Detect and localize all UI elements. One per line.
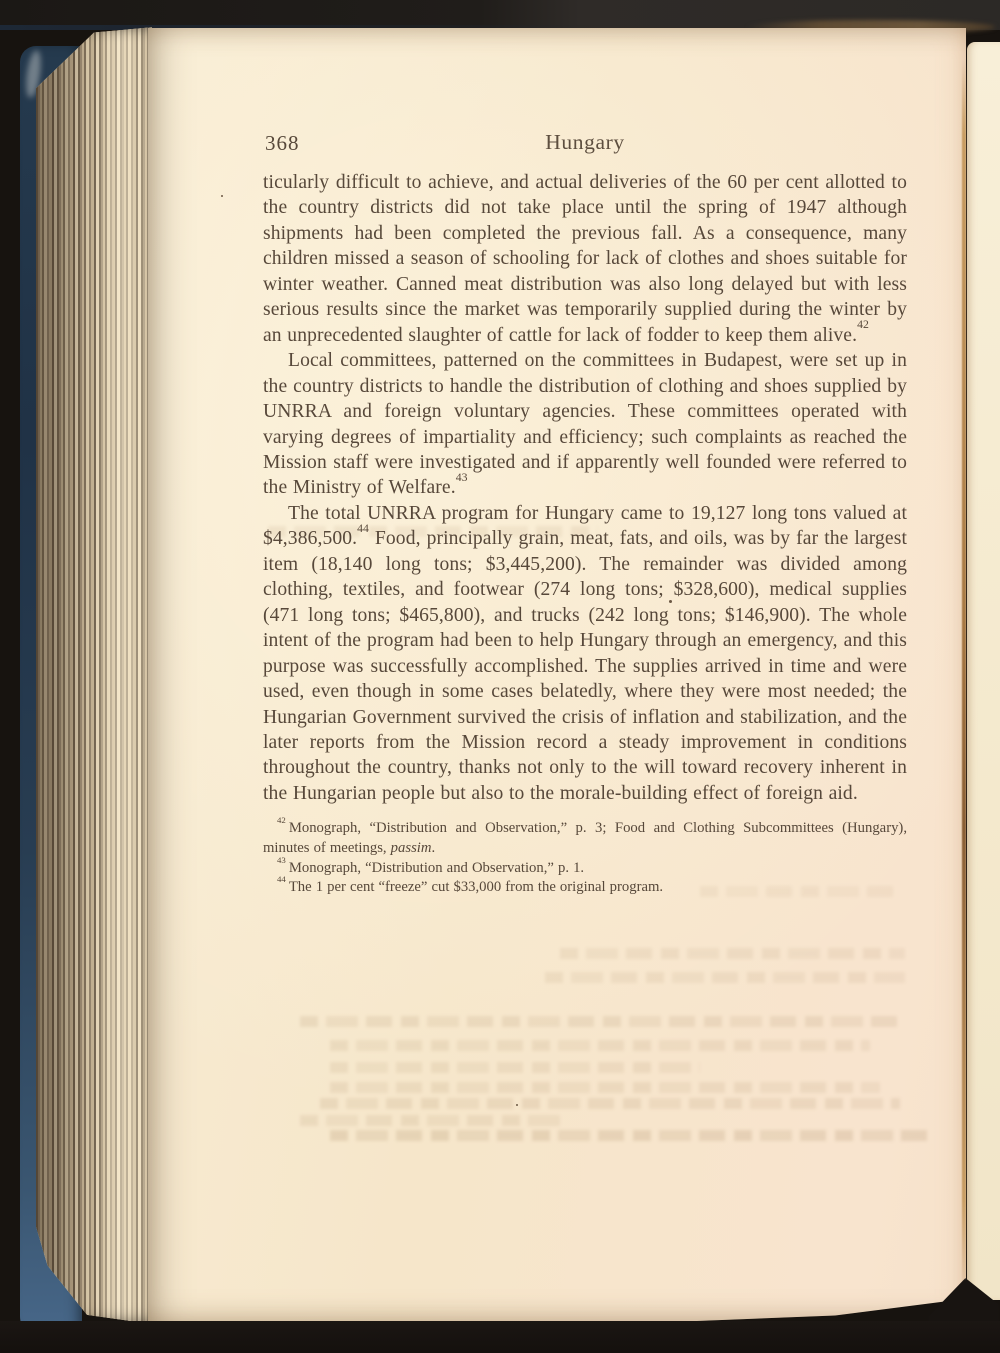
text-run: ticularly difficult to achieve, and actu… [263,172,907,346]
bleed-through-ghost [330,1062,700,1073]
footnote-italic-term: passim [391,840,432,856]
text-run: Monograph, “Distribution and Observation… [289,860,584,876]
paragraph: Local committees, patterned on the commi… [263,348,907,501]
facing-page-sliver [967,42,1000,1300]
bleed-through-ghost [330,1082,880,1093]
footnote-marker: 44 [277,874,286,884]
body-text: ticularly difficult to achieve, and actu… [263,170,907,806]
text-run: The 1 per cent “freeze” cut $33,000 from… [289,879,663,895]
running-header: Hungary [263,128,907,155]
bleed-through-ghost [300,1115,560,1126]
bleed-through-ghost [330,1040,870,1051]
paragraph: The total UNRRA program for Hungary came… [263,501,907,806]
text-run: . [431,840,435,856]
footnote-reference: 44 [357,522,369,535]
background-bottom [0,1321,1000,1353]
page-edges-stack [36,26,152,1324]
footnote-marker: 42 [277,815,286,825]
footnote-reference: 42 [857,318,869,331]
footnote: 43Monograph, “Distribution and Observati… [263,859,907,879]
footnote-reference: 43 [456,471,468,484]
page-number: 368 [265,131,300,156]
gutter-crease [962,60,966,1300]
bleed-through-ghost [330,1130,930,1141]
paper-speck [221,195,223,197]
footnote-marker: 43 [277,855,286,865]
text-run: Monograph, “Distribution and Observation… [263,820,907,856]
bleed-through-ghost [300,1016,900,1027]
bleed-through-ghost [320,1098,900,1109]
bleed-through-ghost [545,972,905,983]
footnotes-section: 42Monograph, “Distribution and Observati… [263,819,907,897]
open-book-photo: 368 Hungary ticularly difficult to achie… [0,0,1000,1353]
page-text-block: 368 Hungary ticularly difficult to achie… [263,128,907,898]
bleed-through-ghost [560,948,905,959]
footnote: 44The 1 per cent “freeze” cut $33,000 fr… [263,878,907,898]
paper-speck [516,1104,518,1106]
page-header: 368 Hungary [263,128,907,170]
text-run: Local committees, patterned on the commi… [263,350,907,498]
text-run: Food, principally grain, meat, fats, and… [263,528,907,804]
paragraph: ticularly difficult to achieve, and actu… [263,170,907,348]
footnote: 42Monograph, “Distribution and Observati… [263,819,907,858]
